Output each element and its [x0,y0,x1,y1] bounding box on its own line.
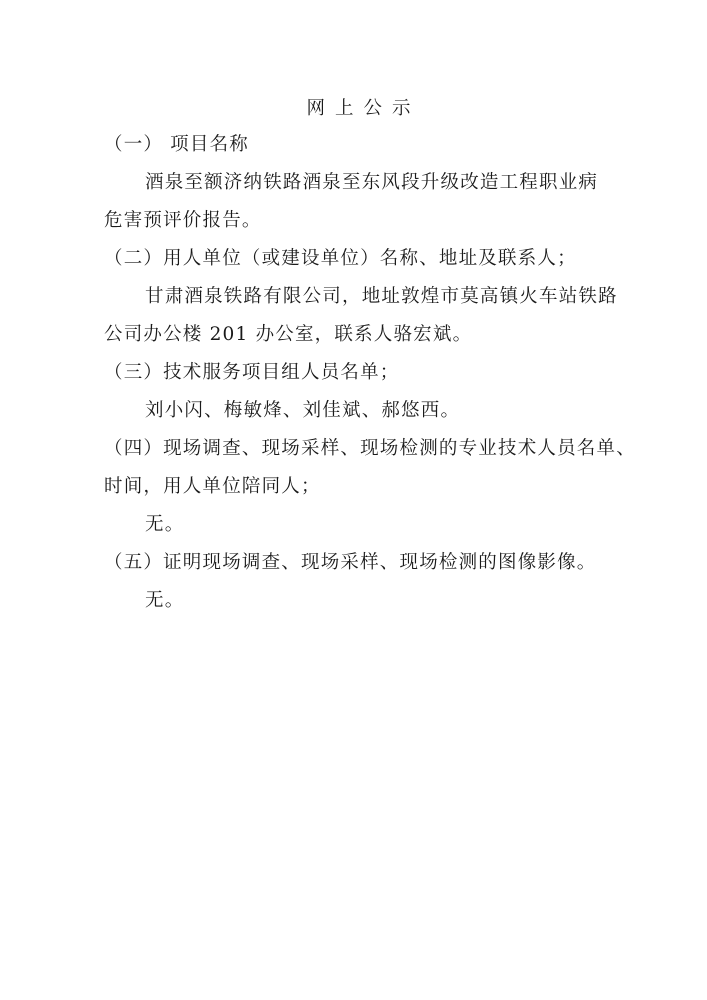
section-1-body-line-2: 危害预评价报告。 [104,209,262,233]
section-5-heading: （五）证明现场调查、现场采样、现场检测的图像影像。 [104,551,597,575]
section-2-body-line-1: 甘肃酒泉铁路有限公司，地址敦煌市莫高镇火车站铁路 [145,285,618,309]
page-title: 网上公示 [0,94,707,120]
section-1-body-line-1: 酒泉至额济纳铁路酒泉至东风段升级改造工程职业病 [145,171,598,195]
section-5-body-line-1: 无。 [145,589,184,613]
section-3-heading: （三）技术服务项目组人员名单； [104,361,400,385]
section-4-heading-line-2: 时间，用人单位陪同人； [104,475,321,499]
section-2-body-line-2: 公司办公楼 201 办公室，联系人骆宏斌。 [104,323,472,347]
document-page: 网上公示 （一） 项目名称 酒泉至额济纳铁路酒泉至东风段升级改造工程职业病 危害… [0,0,707,1000]
section-3-body-line-1: 刘小闪、梅敏烽、刘佳斌、郝悠西。 [145,399,460,423]
section-4-heading-line-1: （四）现场调查、现场采样、现场检测的专业技术人员名单、 [104,437,636,461]
section-4-body-line-1: 无。 [145,513,184,537]
section-1-heading: （一） 项目名称 [104,133,249,157]
section-2-heading: （二）用人单位（或建设单位）名称、地址及联系人； [104,247,577,271]
